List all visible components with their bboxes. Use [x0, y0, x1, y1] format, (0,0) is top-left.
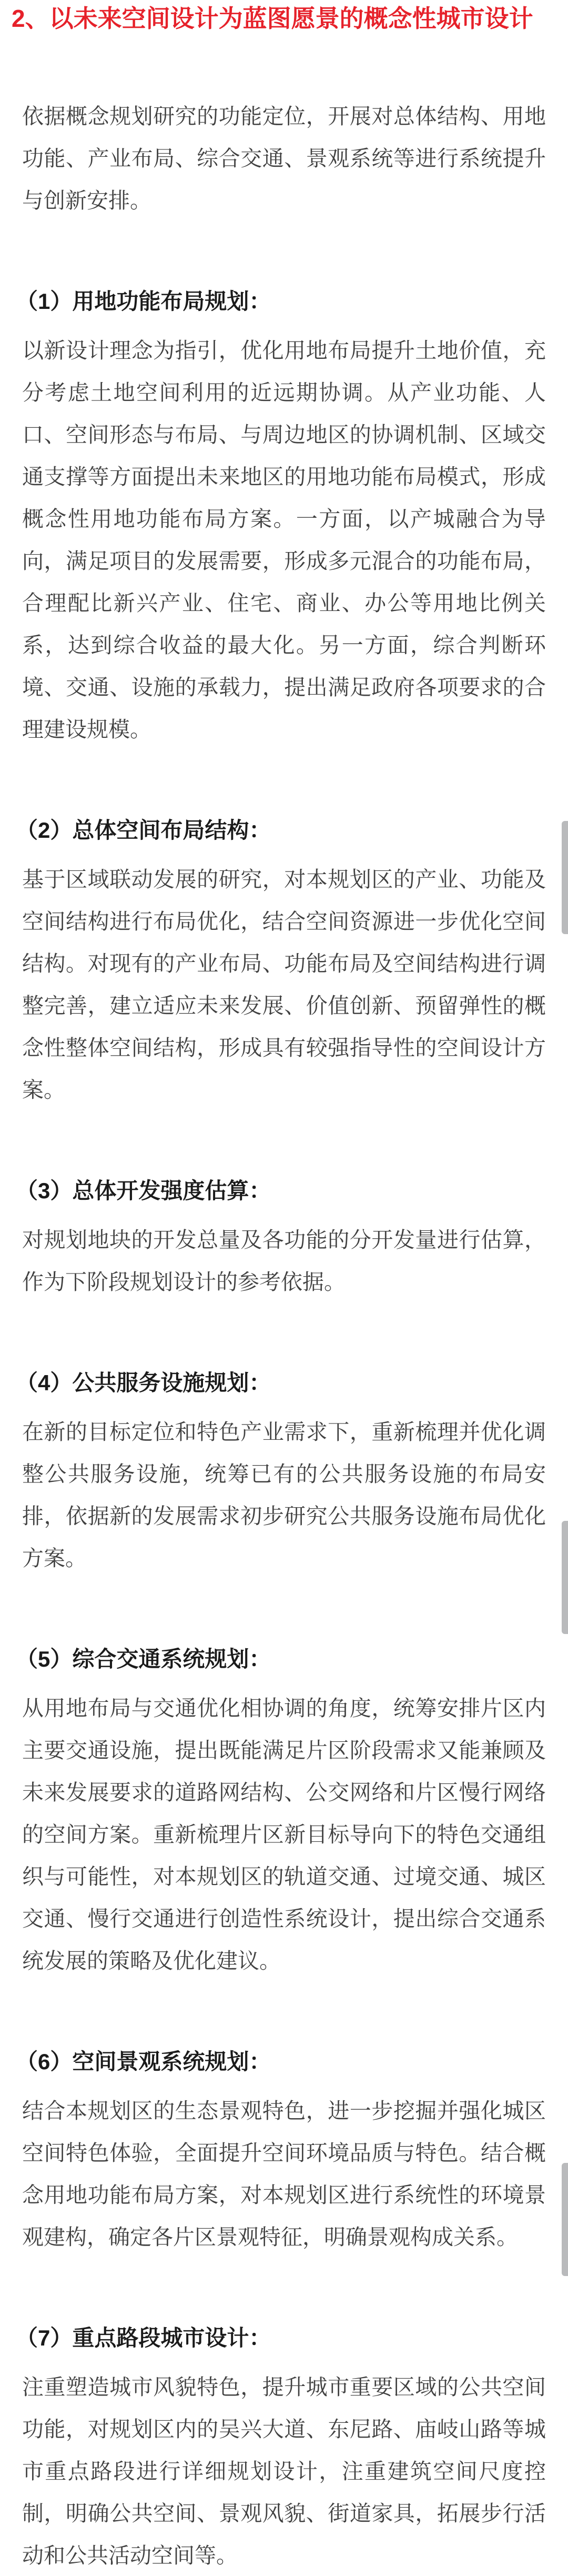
section-5-body: 从用地布局与交通优化相协调的角度，统筹安排片区内主要交通设施，提出既能满足片区阶… [22, 1687, 546, 1982]
section-3-body: 对规划地块的开发总量及各功能的分开发量进行估算，作为下阶段规划设计的参考依据。 [22, 1219, 546, 1303]
article-title: 2、以未来空间设计为蓝图愿景的概念性城市设计 [12, 0, 546, 37]
section-4-body: 在新的目标定位和特色产业需求下，重新梳理并优化调整公共服务设施，统筹已有的公共服… [22, 1411, 546, 1579]
section-3-heading: （3）总体开发强度估算： [22, 1170, 546, 1212]
section-2-body: 基于区域联动发展的研究，对本规划区的产业、功能及空间结构进行布局优化，结合空间资… [22, 858, 546, 1111]
section-1-body: 以新设计理念为指引，优化用地布局提升土地价值，充分考虑土地空间利用的近远期协调。… [22, 329, 546, 750]
section-6-body: 结合本规划区的生态景观特色，进一步挖掘并强化城区空间特色体验，全面提升空间环境品… [22, 2090, 546, 2258]
section-land-use: （1）用地功能布局规划： 以新设计理念为指引，优化用地布局提升土地价值，充分考虑… [22, 280, 546, 750]
section-7-body: 注重塑造城市风貌特色，提升城市重要区域的公共空间功能，对规划区内的吴兴大道、东尼… [22, 2366, 546, 2576]
section-2-heading: （2）总体空间布局结构： [22, 809, 546, 851]
section-development-intensity: （3）总体开发强度估算： 对规划地块的开发总量及各功能的分开发量进行估算，作为下… [22, 1170, 546, 1303]
section-5-heading: （5）综合交通系统规划： [22, 1638, 546, 1680]
section-key-road-design: （7）重点路段城市设计： 注重塑造城市风貌特色，提升城市重要区域的公共空间功能，… [22, 2317, 546, 2576]
section-4-heading: （4）公共服务设施规划： [22, 1362, 546, 1404]
scrollbar-thumb-lower[interactable] [562, 2163, 568, 2276]
section-public-services: （4）公共服务设施规划： 在新的目标定位和特色产业需求下，重新梳理并优化调整公共… [22, 1362, 546, 1579]
document-page: 2、以未来空间设计为蓝图愿景的概念性城市设计 依据概念规划研究的功能定位，开展对… [0, 0, 568, 2576]
scrollbar-thumb-middle[interactable] [562, 1521, 568, 1634]
section-spatial-structure: （2）总体空间布局结构： 基于区域联动发展的研究，对本规划区的产业、功能及空间结… [22, 809, 546, 1111]
section-transport-system: （5）综合交通系统规划： 从用地布局与交通优化相协调的角度，统筹安排片区内主要交… [22, 1638, 546, 1982]
scrollbar-thumb-upper[interactable] [562, 821, 568, 934]
section-1-heading: （1）用地功能布局规划： [22, 280, 546, 323]
section-6-heading: （6）空间景观系统规划： [22, 2041, 546, 2083]
article-content: 2、以未来空间设计为蓝图愿景的概念性城市设计 依据概念规划研究的功能定位，开展对… [0, 0, 568, 2576]
intro-paragraph: 依据概念规划研究的功能定位，开展对总体结构、用地功能、产业布局、综合交通、景观系… [22, 95, 546, 222]
section-7-heading: （7）重点路段城市设计： [22, 2317, 546, 2359]
section-landscape-system: （6）空间景观系统规划： 结合本规划区的生态景观特色，进一步挖掘并强化城区空间特… [22, 2041, 546, 2258]
